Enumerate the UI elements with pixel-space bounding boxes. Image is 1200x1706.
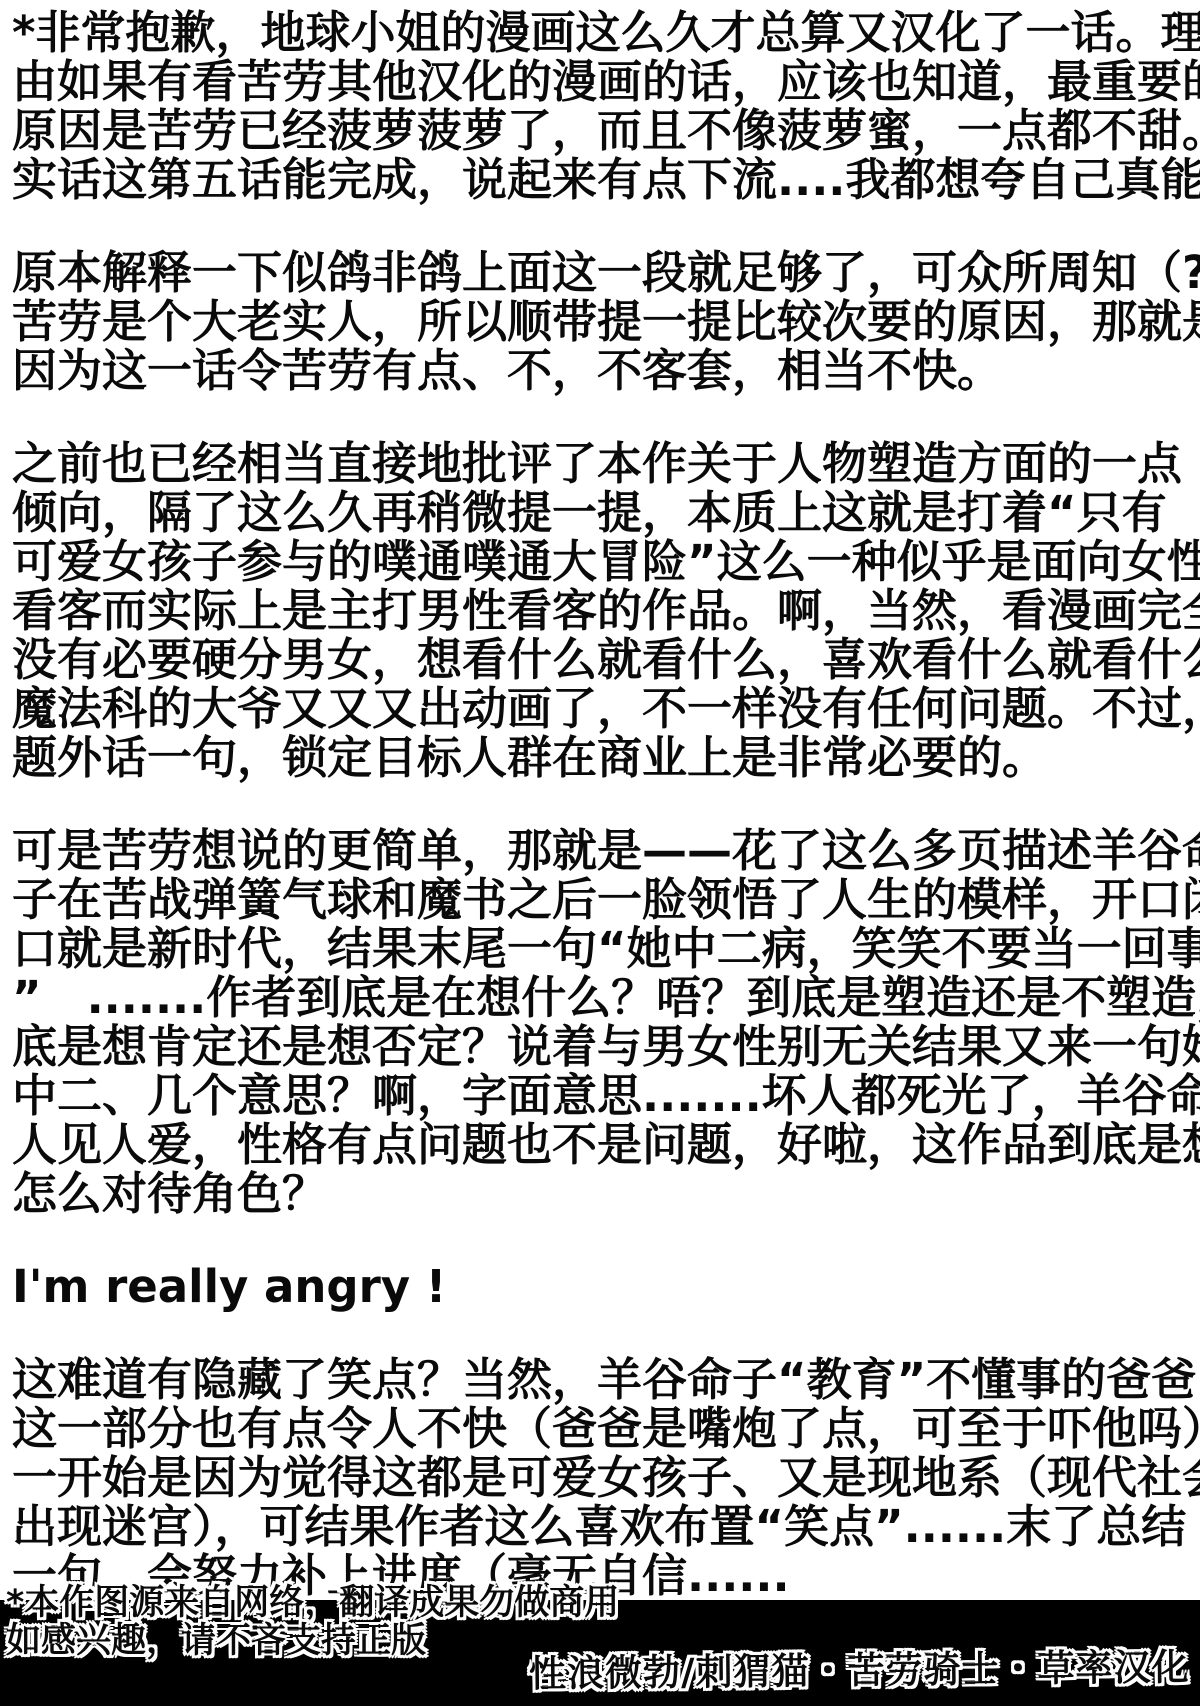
note-paragraph: 之前也已经相当直接地批评了本作关于人物塑造方面的一点倾向，隔了这么久再稍微提一提… <box>12 439 1200 782</box>
note-line: 一开始是因为觉得这都是可爱女孩子、又是现地系（现代社会 <box>12 1453 1200 1502</box>
note-paragraph: 可是苦劳想说的更简单，那就是——花了这么多页描述羊谷命子在苦战弹簧气球和魔书之后… <box>12 826 1200 1218</box>
note-line: 原因是苦劳已经菠萝菠萝了，而且不像菠萝蜜，一点都不甜。 <box>12 106 1200 155</box>
footer-credit-signature: 性浪微勃/刺猬猫・苦劳骑士・草率汉化 <box>529 1647 1190 1696</box>
note-line: 苦劳是个大老实人，所以顺带提一提比较次要的原因，那就是 <box>12 297 1200 346</box>
note-paragraph: 这难道有隐藏了笑点？当然，羊谷命子“教育”不懂事的爸爸这一部分也有点令人不快（爸… <box>12 1355 1200 1600</box>
note-line: 魔法科的大爷又又又出动画了，不一样没有任何问题。不过， <box>12 684 1200 733</box>
note-line: 题外话一句，锁定目标人群在商业上是非常必要的。 <box>12 733 1200 782</box>
note-line: *非常抱歉，地球小姐的漫画这么久才总算又汉化了一话。理 <box>12 8 1200 57</box>
note-line: 人见人爱，性格有点问题也不是问题，好啦，这作品到底是想 <box>12 1120 1200 1169</box>
note-line: 这一部分也有点令人不快（爸爸是嘴炮了点，可至于吓他吗） <box>12 1404 1200 1453</box>
note-paragraph: 原本解释一下似鸽非鸽上面这一段就足够了，可众所周知（?）苦劳是个大老实人，所以顺… <box>12 248 1200 395</box>
note-line: 原本解释一下似鸽非鸽上面这一段就足够了，可众所周知（?） <box>12 248 1200 297</box>
note-line: 没有必要硬分男女，想看什么就看什么，喜欢看什么就看什么 <box>12 635 1200 684</box>
footer-notice-line-2: 如感兴趣，请不吝支持正版 <box>6 1622 426 1660</box>
note-line: 怎么对待角色？ <box>12 1169 1200 1218</box>
note-line: 倾向，隔了这么久再稍微提一提，本质上这就是打着“只有 <box>12 488 1200 537</box>
note-line: ” .......作者到底是在想什么？唔？到底是塑造还是不塑造，到 <box>12 973 1200 1022</box>
note-line: 子在苦战弹簧气球和魔书之后一脸领悟了人生的模样，开口闭 <box>12 875 1200 924</box>
note-line: I'm really angry ! <box>12 1262 1200 1311</box>
note-line: 底是想肯定还是想否定？说着与男女性别无关结果又来一句她 <box>12 1022 1200 1071</box>
note-paragraph: I'm really angry ! <box>12 1262 1200 1311</box>
note-line: 因为这一话令苦劳有点、不，不客套，相当不快。 <box>12 346 1200 395</box>
note-line: 出现迷宫），可结果作者这么喜欢布置“笑点”......末了总结 <box>12 1502 1200 1551</box>
note-line: 口就是新时代，结果末尾一句“她中二病，笑笑不要当一回事 <box>12 924 1200 973</box>
note-line: 这难道有隐藏了笑点？当然，羊谷命子“教育”不懂事的爸爸 <box>12 1355 1200 1404</box>
scan-page: { "colors": { "background": "#ffffff", "… <box>0 0 1200 1706</box>
note-line: 中二、几个意思？啊，字面意思.......坏人都死光了，羊谷命子 <box>12 1071 1200 1120</box>
translator-note: *非常抱歉，地球小姐的漫画这么久才总算又汉化了一话。理由如果有看苦劳其他汉化的漫… <box>12 8 1200 1644</box>
note-line: 之前也已经相当直接地批评了本作关于人物塑造方面的一点 <box>12 439 1200 488</box>
note-line: 实话这第五话能完成，说起来有点下流....我都想夸自己真能干 <box>12 155 1200 204</box>
note-paragraph: *非常抱歉，地球小姐的漫画这么久才总算又汉化了一话。理由如果有看苦劳其他汉化的漫… <box>12 8 1200 204</box>
note-line: 可爱女孩子参与的噗通噗通大冒险”这么一种似乎是面向女性 <box>12 537 1200 586</box>
note-line: 看客而实际上是主打男性看客的作品。啊，当然，看漫画完全 <box>12 586 1200 635</box>
note-line: 由如果有看苦劳其他汉化的漫画的话，应该也知道，最重要的 <box>12 57 1200 106</box>
note-line: 可是苦劳想说的更简单，那就是——花了这么多页描述羊谷命 <box>12 826 1200 875</box>
footer-notice-line-1: *本作图源来自网络，翻译成果勿做商用 <box>6 1584 619 1622</box>
